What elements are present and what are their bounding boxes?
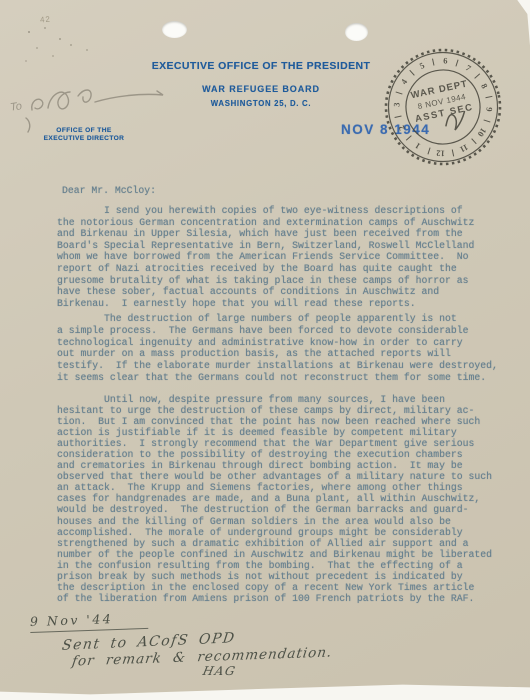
typed-line: houses and the killing of German soldier… — [57, 516, 492, 527]
pencil-scribble: To — [8, 80, 183, 135]
typed-line: number of the people confined in Auschwi… — [57, 549, 492, 560]
typed-line: whom we have borrowed from the American … — [57, 251, 474, 263]
typed-line: testify. If the elaborate murder install… — [57, 360, 498, 372]
pencil-number: 42 — [40, 15, 52, 25]
typed-line: have these sober, factual accounts of co… — [57, 286, 474, 298]
office-label-line2: EXECUTIVE DIRECTOR — [36, 135, 132, 143]
paper-speckles — [0, 0, 2, 2]
scribble-text: To — [9, 100, 22, 114]
typed-line: the notorious German concentration and e… — [57, 217, 474, 229]
letter-paragraph-2: The destruction of large numbers of peop… — [57, 313, 498, 384]
typed-line: observed that there would be other advan… — [57, 471, 492, 482]
typed-line: of the liberation from Amiens prison of … — [57, 593, 492, 604]
typed-line: it seems clear that the Germans could no… — [57, 372, 498, 384]
typed-line: Birkenau. I earnestly hope that you will… — [57, 298, 474, 310]
typed-line: accomplished. The morale of underground … — [57, 527, 492, 538]
typed-line: The destruction of large numbers of peop… — [57, 313, 498, 325]
typed-line: gruesome brutality of what is taking pla… — [57, 275, 474, 287]
typed-line: and Birkenau in Upper Silesia, which hav… — [57, 228, 474, 240]
handwritten-initials: HAG — [202, 664, 238, 678]
typed-line: strengthened by such a dramatic exhibiti… — [57, 538, 492, 549]
typed-line: tion. But I am convinced that the point … — [57, 416, 492, 427]
typed-line: authorities. I strongly recommend that t… — [57, 438, 492, 449]
hole-punch-left — [162, 21, 187, 38]
letter-paragraph-3: Until now, despite pressure from many so… — [57, 394, 492, 604]
letter-salutation: Dear Mr. McCloy: — [62, 185, 156, 196]
typed-line: technological ingenuity and administrati… — [57, 337, 498, 349]
letter-paragraph-1: I send you herewith copies of two eye-wi… — [57, 205, 474, 309]
typed-line: prison break by such methods is not with… — [57, 571, 492, 582]
war-dept-stamp: 123456789101112 WAR DEPT 8 NOV 1944 ASST… — [373, 37, 513, 177]
typed-line: out murder on a mass production basis, a… — [57, 348, 498, 360]
typed-line: and crematories in Birkenau through dire… — [57, 460, 492, 471]
typed-line: in the confusion resulting from the bomb… — [57, 560, 492, 571]
typed-line: report of Nazi atrocities received by th… — [57, 263, 474, 275]
typed-line: Board's Special Representative in Bern, … — [57, 240, 474, 252]
typed-line: the description in the enclosed copy of … — [57, 582, 492, 593]
document-page: 42 EXECUTIVE OFFICE OF THE PRESIDENT WAR… — [0, 0, 530, 700]
typed-line: hesitant to urge the destruction of thes… — [57, 405, 492, 416]
typed-line: an attack. The Krupp and Siemens factori… — [57, 482, 492, 493]
stamp-dial-number: 6 — [443, 55, 448, 65]
typed-line: action is justifiable if it is deemed fe… — [57, 427, 492, 438]
typed-line: would be destroyed. The destruction of t… — [57, 504, 492, 515]
typed-line: Until now, despite pressure from many so… — [57, 394, 492, 405]
stamp-dial-number: 12 — [436, 148, 445, 158]
typed-line: cases for handgrenades are made, and a B… — [57, 493, 492, 504]
typed-line: consideration to the possibility of dest… — [57, 449, 492, 460]
hole-punch-right — [345, 23, 368, 41]
typed-line: I send you herewith copies of two eye-wi… — [57, 205, 474, 217]
typed-line: a simple process. The Germans have been … — [57, 325, 498, 337]
